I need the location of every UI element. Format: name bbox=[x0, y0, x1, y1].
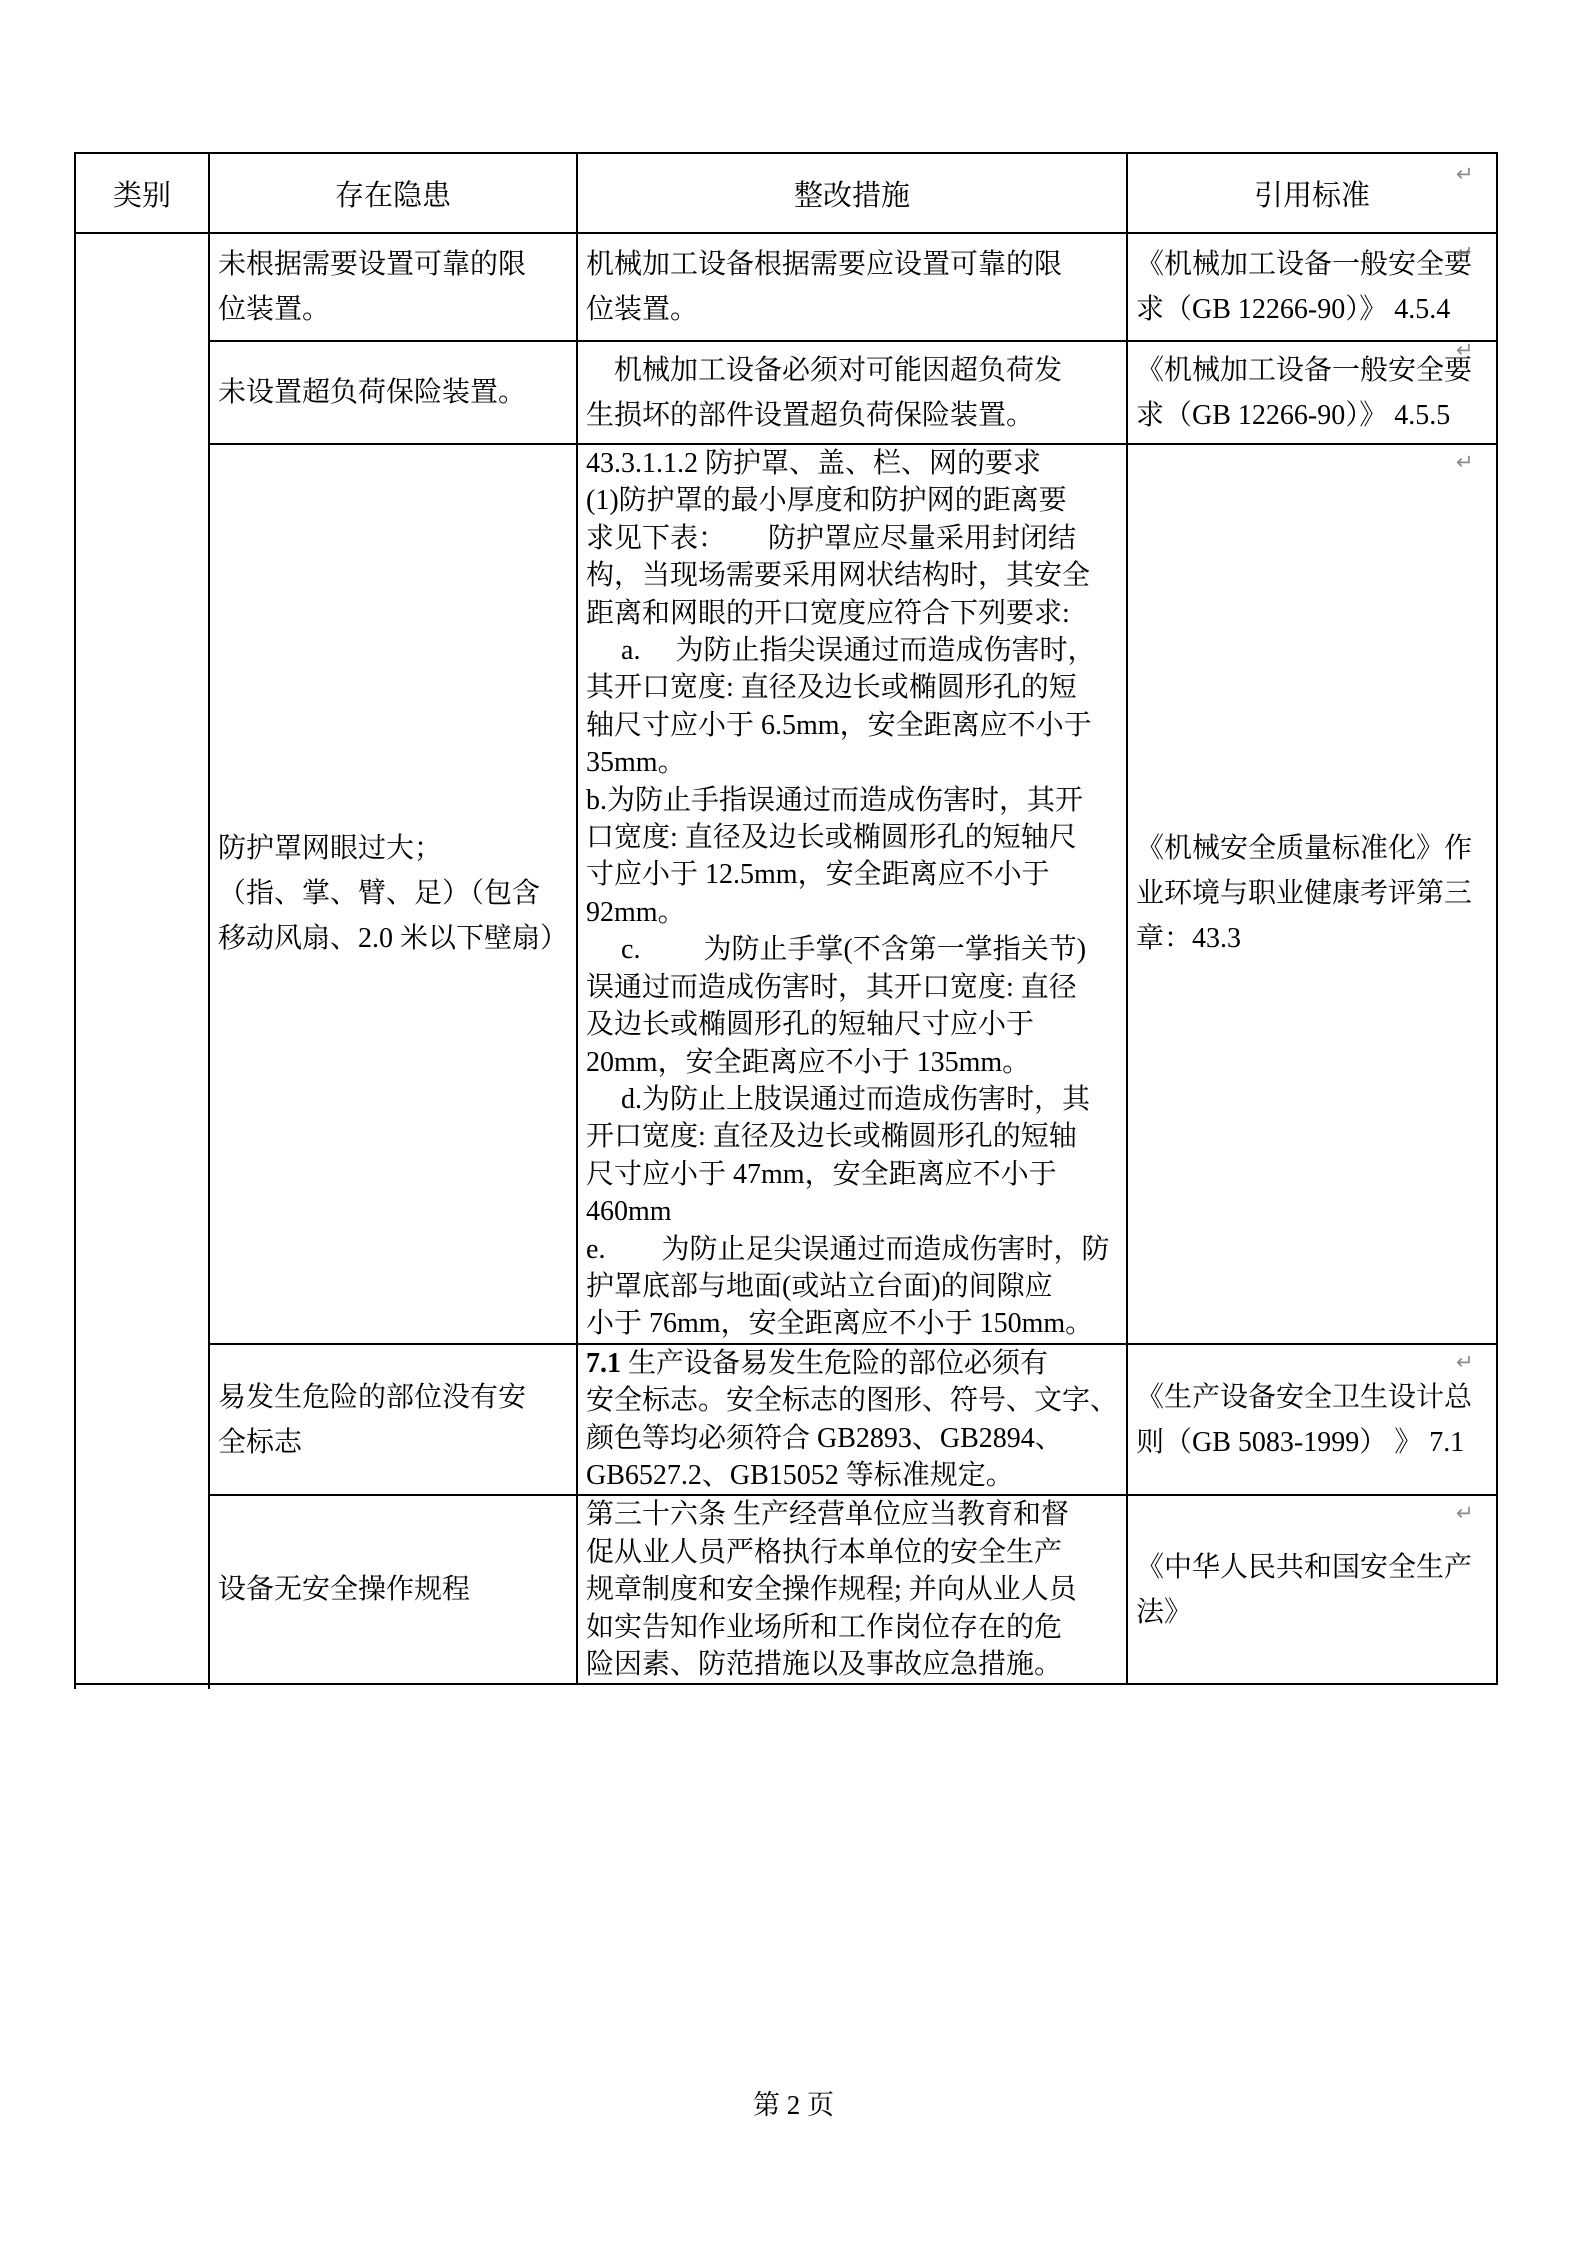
category-column-border-tail bbox=[74, 1679, 210, 1689]
paragraph-mark-icon: ↵ bbox=[1456, 164, 1474, 185]
table-row: 设备无安全操作规程 第三十六条 生产经营单位应当教育和督 促从业人员严格执行本单… bbox=[75, 1495, 1497, 1684]
table-row: 未设置超负荷保险装置。 机械加工设备必须对可能因超负荷发 生损坏的部件设置超负荷… bbox=[75, 341, 1497, 444]
paragraph-mark-icon: ↵ bbox=[1456, 243, 1474, 264]
measure-cell-3[interactable]: 43.3.1.1.2 防护罩、盖、栏、网的要求 (1)防护罩的最小厚度和防护网的… bbox=[577, 444, 1127, 1344]
paragraph-mark-icon: ↵ bbox=[1456, 1352, 1474, 1373]
table-header-row: 类别 存在隐患 整改措施 引用标准 bbox=[75, 153, 1497, 233]
standard-cell-5[interactable]: 《中华人民共和国安全生产 法》 bbox=[1127, 1495, 1497, 1684]
table-row: 易发生危险的部位没有安 全标志 7.1 生产设备易发生危险的部位必须有 安全标志… bbox=[75, 1344, 1497, 1496]
hazard-cell-1[interactable]: 未根据需要设置可靠的限 位装置。 bbox=[209, 233, 577, 341]
standard-cell-3[interactable]: 《机械安全质量标准化》作 业环境与职业健康考评第三 章：43.3 bbox=[1127, 444, 1497, 1344]
table-row: 未根据需要设置可靠的限 位装置。 机械加工设备根据需要应设置可靠的限 位装置。 … bbox=[75, 233, 1497, 341]
hazard-cell-3[interactable]: 防护罩网眼过大； （指、掌、臂、足）（包含 移动风扇、2.0 米以下壁扇） bbox=[209, 444, 577, 1344]
paragraph-mark-icon: ↵ bbox=[1456, 340, 1474, 361]
hazard-cell-5[interactable]: 设备无安全操作规程 bbox=[209, 1495, 577, 1684]
col-header-hazard: 存在隐患 bbox=[209, 153, 577, 233]
paragraph-mark-icon: ↵ bbox=[1456, 1503, 1474, 1524]
safety-hazard-table: 类别 存在隐患 整改措施 引用标准 未根据需要设置可靠的限 位装置。 机械加工设… bbox=[74, 152, 1498, 1685]
hazard-cell-4[interactable]: 易发生危险的部位没有安 全标志 bbox=[209, 1344, 577, 1496]
paragraph-mark-icon: ↵ bbox=[1456, 452, 1474, 473]
measure-cell-5[interactable]: 第三十六条 生产经营单位应当教育和督 促从业人员严格执行本单位的安全生产 规章制… bbox=[577, 1495, 1127, 1684]
measure-cell-2[interactable]: 机械加工设备必须对可能因超负荷发 生损坏的部件设置超负荷保险装置。 bbox=[577, 341, 1127, 444]
measure-cell-1[interactable]: 机械加工设备根据需要应设置可靠的限 位装置。 bbox=[577, 233, 1127, 341]
measure-clause-text: 生产设备易发生危险的部位必须有 安全标志。安全标志的图形、符号、文字、 颜色等均… bbox=[586, 1348, 1118, 1491]
measure-clause-number: 7.1 bbox=[586, 1348, 621, 1379]
col-header-category: 类别 bbox=[75, 153, 209, 233]
standard-cell-2[interactable]: 《机械加工设备一般安全要 求（GB 12266-90）》 4.5.5 bbox=[1127, 341, 1497, 444]
document-page: 类别 存在隐患 整改措施 引用标准 未根据需要设置可靠的限 位装置。 机械加工设… bbox=[0, 0, 1587, 2245]
standard-cell-1[interactable]: 《机械加工设备一般安全要 求（GB 12266-90）》 4.5.4 bbox=[1127, 233, 1497, 341]
page-number-footer: 第 2 页 bbox=[0, 2088, 1587, 2122]
hazard-cell-2[interactable]: 未设置超负荷保险装置。 bbox=[209, 341, 577, 444]
standard-cell-4[interactable]: 《生产设备安全卫生设计总 则（GB 5083-1999） 》 7.1 bbox=[1127, 1344, 1497, 1496]
col-header-measure: 整改措施 bbox=[577, 153, 1127, 233]
category-cell bbox=[75, 233, 209, 1684]
measure-cell-4[interactable]: 7.1 生产设备易发生危险的部位必须有 安全标志。安全标志的图形、符号、文字、 … bbox=[577, 1344, 1127, 1496]
col-header-standard: 引用标准 bbox=[1127, 153, 1497, 233]
table-row: 防护罩网眼过大； （指、掌、臂、足）（包含 移动风扇、2.0 米以下壁扇） 43… bbox=[75, 444, 1497, 1344]
